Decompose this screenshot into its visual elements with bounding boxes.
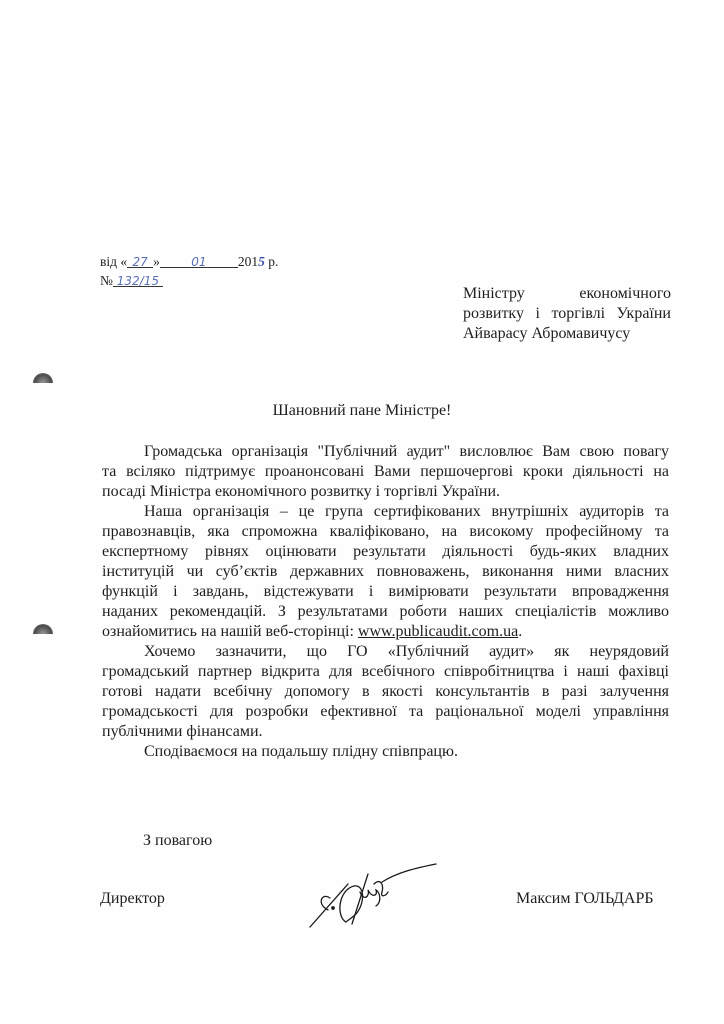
salutation: Шановний пане Міністре!	[0, 402, 724, 420]
signer-title: Директор	[100, 890, 165, 908]
paragraph-line: інституцій чи суб’єктів державних повнов…	[102, 562, 669, 582]
paragraph: Сподіваємося на подальшу плідну співпрац…	[102, 742, 669, 762]
paragraph: Громадська організація "Публічний аудит"…	[102, 442, 669, 502]
paragraph: Наша організація – це група сертифікован…	[102, 502, 669, 642]
date-month-blank: 01	[160, 252, 238, 268]
addressee-block: Міністру економічного розвитку і торгівл…	[463, 284, 671, 344]
paragraph-line: посаді Міністра економічного розвитку і …	[102, 482, 669, 502]
number-blank: 132/15	[113, 271, 163, 287]
paragraph-line: та всіляко підтримує проанонсовані Вами …	[102, 462, 669, 482]
addressee-line: Міністру економічного	[463, 284, 671, 304]
paragraph-line: публічними фінансами.	[102, 722, 669, 742]
paragraph-line: правознавців, яка спроможна кваліфікован…	[102, 522, 669, 542]
link-trail-text: .	[518, 623, 522, 640]
paragraph: Хочемо зазначити, що ГО «Публічний аудит…	[102, 642, 669, 742]
addressee-line: розвитку і торгівлі України	[463, 304, 671, 324]
date-month-handwritten: 01	[191, 255, 206, 269]
letter-page: від «27»012015 р. №132/15 Міністру еконо…	[0, 0, 724, 1024]
addressee-line: Айварасу Абромавичусу	[463, 324, 671, 344]
date-year-printed: 201	[238, 254, 258, 269]
reference-date-line: від «27»012015 р.	[100, 252, 278, 271]
paragraph-line: готові надати всебічну допомогу в якості…	[102, 682, 669, 702]
paragraph-line: громадський партнер відкрита для всебічн…	[102, 662, 669, 682]
paragraph-line: Сподіваємося на подальшу плідну співпрац…	[102, 742, 669, 762]
date-prefix: від «	[100, 254, 127, 269]
date-day-handwritten: 27	[132, 255, 147, 269]
number-handwritten: 132/15	[117, 274, 159, 288]
outgoing-reference: від «27»012015 р. №132/15	[100, 252, 278, 290]
closing: З повагою	[143, 832, 212, 850]
paragraph-line: Наша організація – це група сертифікован…	[102, 502, 669, 522]
paragraph-line: громадськості для розробки ефективної та…	[102, 702, 669, 722]
paragraph-line: функцій і завдань, відстежувати і вимірю…	[102, 582, 669, 602]
date-day-blank: 27	[127, 252, 153, 268]
date-year-handwritten-digit: 5	[258, 254, 265, 269]
signature-icon	[308, 862, 438, 932]
date-mid: »	[153, 254, 160, 269]
paragraph-line: експертному рівнях оцінювати результати …	[102, 542, 669, 562]
letter-body: Громадська організація "Публічний аудит"…	[102, 442, 669, 762]
punch-hole-mark	[33, 373, 53, 383]
website-link[interactable]: www.publicaudit.com.ua	[358, 623, 518, 640]
signer-name: Максим ГОЛЬДАРБ	[516, 890, 654, 908]
date-year-suffix: р.	[268, 254, 278, 269]
number-prefix: №	[100, 273, 113, 288]
punch-hole-mark	[33, 624, 53, 634]
paragraph-line: Хочемо зазначити, що ГО «Публічний аудит…	[102, 642, 669, 662]
paragraph-line: ознайомитись на нашій веб-сторінці: www.…	[102, 622, 669, 642]
link-lead-text: ознайомитись на нашій веб-сторінці:	[102, 623, 358, 640]
paragraph-line: Громадська організація "Публічний аудит"…	[102, 442, 669, 462]
reference-number-line: №132/15	[100, 271, 278, 290]
paragraph-line: наданих рекомендацій. З результатами роб…	[102, 602, 669, 622]
